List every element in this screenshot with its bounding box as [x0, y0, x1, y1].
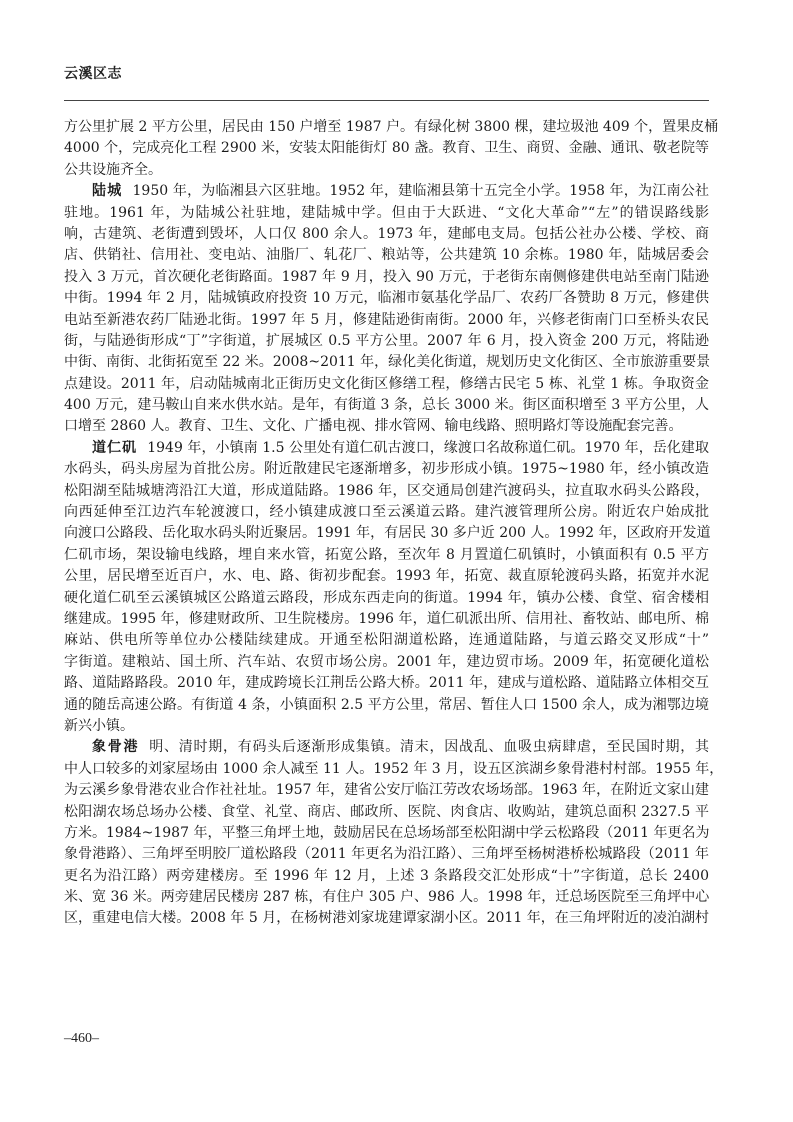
text-line: 响，古建筑、老街遭到毁坏，人口仅 800 余人。1973 年，建邮电支局。包括公…	[64, 224, 709, 245]
text-line: 仁矶市场，架设输电线路，埋自来水管，拓宽公路，至次年 8 月置道仁矶镇时，小镇面…	[64, 545, 709, 566]
entry-term: 象骨港	[92, 739, 139, 755]
text-line: 麻站、供电所等单位办公楼陆续建成。开通至松阳湖道松路，连通道陆路，与道云路交叉形…	[64, 630, 709, 651]
text-line: 400 万元，建马鞍山自来水供水站。是年，有街道 3 条，总长 3000 米。街…	[64, 395, 709, 416]
text-line: 街，与陆逊街形成“丁”字街道，扩展城区 0.5 平方公里。2007 年 6 月，…	[64, 331, 709, 352]
text-line: 中街。1994 年 2 月，陆城镇政府投资 10 万元，临湘市氨基化学品厂、农药…	[64, 288, 709, 309]
text-line: 继建成。1995 年，修建财政所、卫生院楼房。1996 年，道仁矶派出所、信用社…	[64, 609, 709, 630]
text-line: 字街道。建粮站、国土所、汽车站、农贸市场公房。2001 年，建边贸市场。2009…	[64, 652, 709, 673]
text-line: 象骨港明、清时期，有码头后逐渐形成集镇。清末，因战乱、血吸虫病肆虐，至民国时期，…	[64, 737, 709, 758]
text-line: 水码头，码头房屋为首批公房。附近散建民宅逐渐增多，初步形成小镇。1975~198…	[64, 459, 709, 480]
text-line: 向渡口公路段、岳化取水码头附近聚居。1991 年，有居民 30 多户近 200 …	[64, 523, 709, 544]
text-run: 1950 年，为临湘县六区驻地。1952 年，建临湘县第十五完全小学。1958 …	[133, 183, 710, 199]
text-run: 明、清时期，有码头后逐渐形成集镇。清末，因战乱、血吸虫病肆虐，至民国时期，其	[149, 739, 709, 755]
text-line: 路、道陆路路段。2010 年，建成跨境长江荆岳公路大桥。2011 年，建成与道松…	[64, 673, 709, 694]
text-line: 松阳湖农场总场办公楼、食堂、礼堂、商店、邮政所、医院、肉食店、收购站，建筑总面积…	[64, 802, 709, 823]
header-rule	[64, 100, 709, 101]
running-head-title: 云溪区志	[64, 63, 122, 83]
text-line: 通的随岳高速公路。有街道 4 条，小镇面积 2.5 平方公里，常居、暂住人口 1…	[64, 695, 709, 716]
text-line: 米、宽 36 米。两旁建居民楼房 287 栋，有住户 305 户、986 人。1…	[64, 887, 709, 908]
body-text: 方公里扩展 2 平方公里，居民由 150 户增至 1987 户。有绿化树 380…	[64, 117, 709, 930]
text-line: 方米。1984~1987 年，平整三角坪土地，鼓励居民在总场场部至松阳湖中学云松…	[64, 823, 709, 844]
paragraph-continuation: 方公里扩展 2 平方公里，居民由 150 户增至 1987 户。有绿化树 380…	[64, 117, 709, 181]
text-line: 区，重建电信大楼。2008 年 5 月，在杨树港刘家垅建谭家湖小区。2011 年…	[64, 908, 709, 929]
text-line: 陆城1950 年，为临湘县六区驻地。1952 年，建临湘县第十五完全小学。195…	[64, 181, 709, 202]
text-line: 新兴小镇。	[64, 716, 709, 737]
text-line: 象骨港路）、三角坪至明胶厂道松路段（2011 年更名为沿江路）、三角坪至杨树港桥…	[64, 844, 709, 865]
text-line: 道仁矶1949 年，小镇南 1.5 公里处有道仁矶古渡口，缘渡口名故称道仁矶。1…	[64, 438, 709, 459]
text-line: 向西延伸至江边汽车轮渡渡口，经小镇建成渡口至云溪道云路。建汽渡管理所公房。附近农…	[64, 502, 709, 523]
paragraph-daorenji: 道仁矶1949 年，小镇南 1.5 公里处有道仁矶古渡口，缘渡口名故称道仁矶。1…	[64, 438, 709, 737]
text-line: 店、供销社、信用社、变电站、油脂厂、轧花厂、粮站等，公共建筑 10 余栋。198…	[64, 245, 709, 266]
text-run: 1949 年，小镇南 1.5 公里处有道仁矶古渡口，缘渡口名故称道仁矶。1970…	[147, 440, 709, 456]
text-line: 为云溪乡象骨港农业合作社社址。1957 年，建省公安厅临江劳改农场场部。1963…	[64, 780, 709, 801]
text-line: 更名为沿江路）两旁建楼房。至 1996 年 12 月，上述 3 条路段交汇处形成…	[64, 866, 709, 887]
entry-term: 道仁矶	[92, 440, 137, 456]
text-line: 硬化道仁矶至云溪镇城区公路道云路段，形成东西走向的街道。1994 年，镇办公楼、…	[64, 588, 709, 609]
paragraph-lucheng: 陆城1950 年，为临湘县六区驻地。1952 年，建临湘县第十五完全小学。195…	[64, 181, 709, 438]
text-line: 公共设施齐全。	[64, 160, 709, 181]
text-line: 点建设。2011 年，启动陆城南北正街历史文化街区修缮工程，修缮古民宅 5 栋、…	[64, 374, 709, 395]
text-line: 中人口较多的刘家屋场由 1000 余人减至 11 人。1952 年 3 月，设五…	[64, 759, 709, 780]
text-line: 口增至 2860 人。教育、卫生、文化、广播电视、排水管网、输电线路、照明路灯等…	[64, 416, 709, 437]
text-line: 投入 3 万元，首次硬化老街路面。1987 年 9 月，投入 90 万元，于老街…	[64, 267, 709, 288]
text-line: 电站至新港农药厂陆逊北街。1997 年 5 月，修建陆逊街南街。2000 年，兴…	[64, 310, 709, 331]
text-line: 驻地。1961 年，为陆城公社驻地，建陆城中学。但由于大跃进、“文化大革命”“左…	[64, 203, 709, 224]
text-line: 4000 个，完成亮化工程 2900 米，安装太阳能街灯 80 盏。教育、卫生、…	[64, 138, 709, 159]
entry-term: 陆城	[92, 183, 123, 199]
text-line: 中街、南街、北街拓宽至 22 米。2008~2011 年，绿化美化街道，规划历史…	[64, 352, 709, 373]
page-number: –460–	[64, 1031, 99, 1047]
text-line: 方公里扩展 2 平方公里，居民由 150 户增至 1987 户。有绿化树 380…	[64, 117, 709, 138]
text-line: 公里，居民增至近百户，水、电、路、街初步配套。1993 年，拓宽、裁直原轮渡码头…	[64, 566, 709, 587]
paragraph-xianggugang: 象骨港明、清时期，有码头后逐渐形成集镇。清末，因战乱、血吸虫病肆虐，至民国时期，…	[64, 737, 709, 930]
text-line: 松阳湖至陆城塘湾沿江大道，形成道陆路。1986 年，区交通局创建汽渡码头，拉直取…	[64, 481, 709, 502]
